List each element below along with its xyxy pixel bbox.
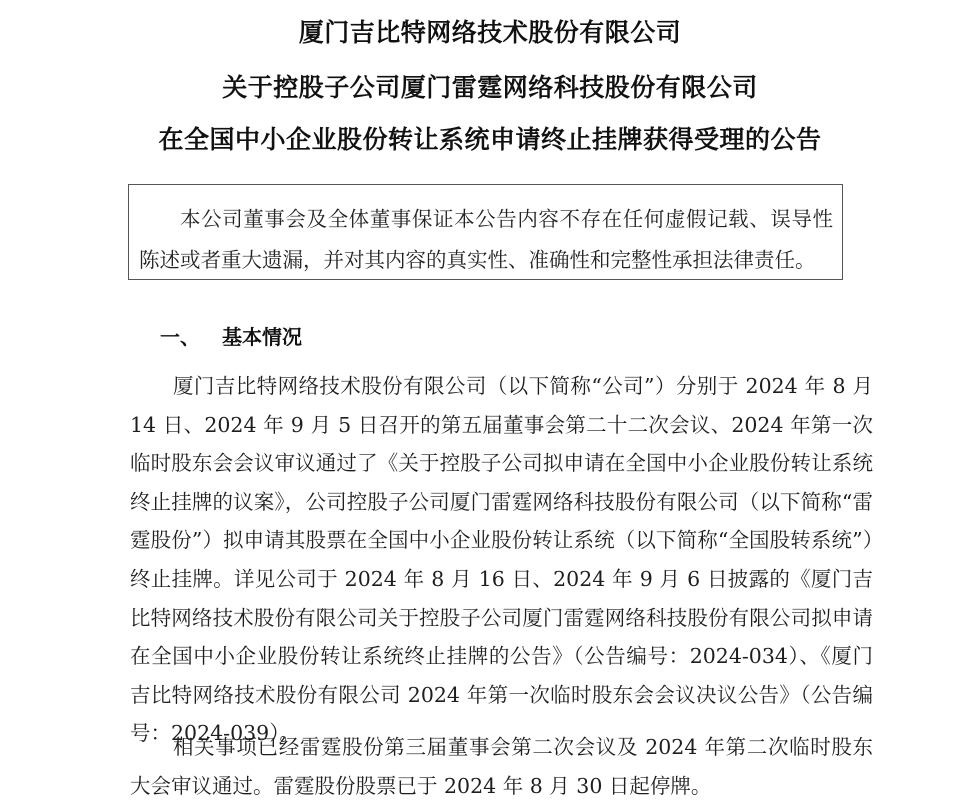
body-paragraph: 厦门吉比特网络技术股份有限公司（以下简称“公司”）分别于 2024 年 8 月 …: [130, 367, 873, 753]
title-subject-line-2: 在全国中小企业股份转让系统申请终止挂牌获得受理的公告: [0, 125, 980, 155]
board-guarantee-notice-box: 本公司董事会及全体董事保证本公告内容不存在任何虚假记载、误导性陈述或者重大遗漏，…: [128, 184, 843, 280]
board-guarantee-statement: 本公司董事会及全体董事保证本公告内容不存在任何虚假记载、误导性陈述或者重大遗漏，…: [139, 199, 833, 281]
section-title: 基本情况: [222, 325, 302, 349]
title-subject-line-1: 关于控股子公司厦门雷霆网络科技股份有限公司: [0, 73, 980, 103]
title-company-name: 厦门吉比特网络技术股份有限公司: [0, 18, 980, 48]
body-paragraph: 相关事项已经雷霆股份第三届董事会第二次会议及 2024 年第二次临时股东大会审议…: [130, 728, 873, 800]
section-heading-basic-info: 一、基本情况: [160, 322, 302, 352]
section-number: 一、: [160, 325, 200, 349]
